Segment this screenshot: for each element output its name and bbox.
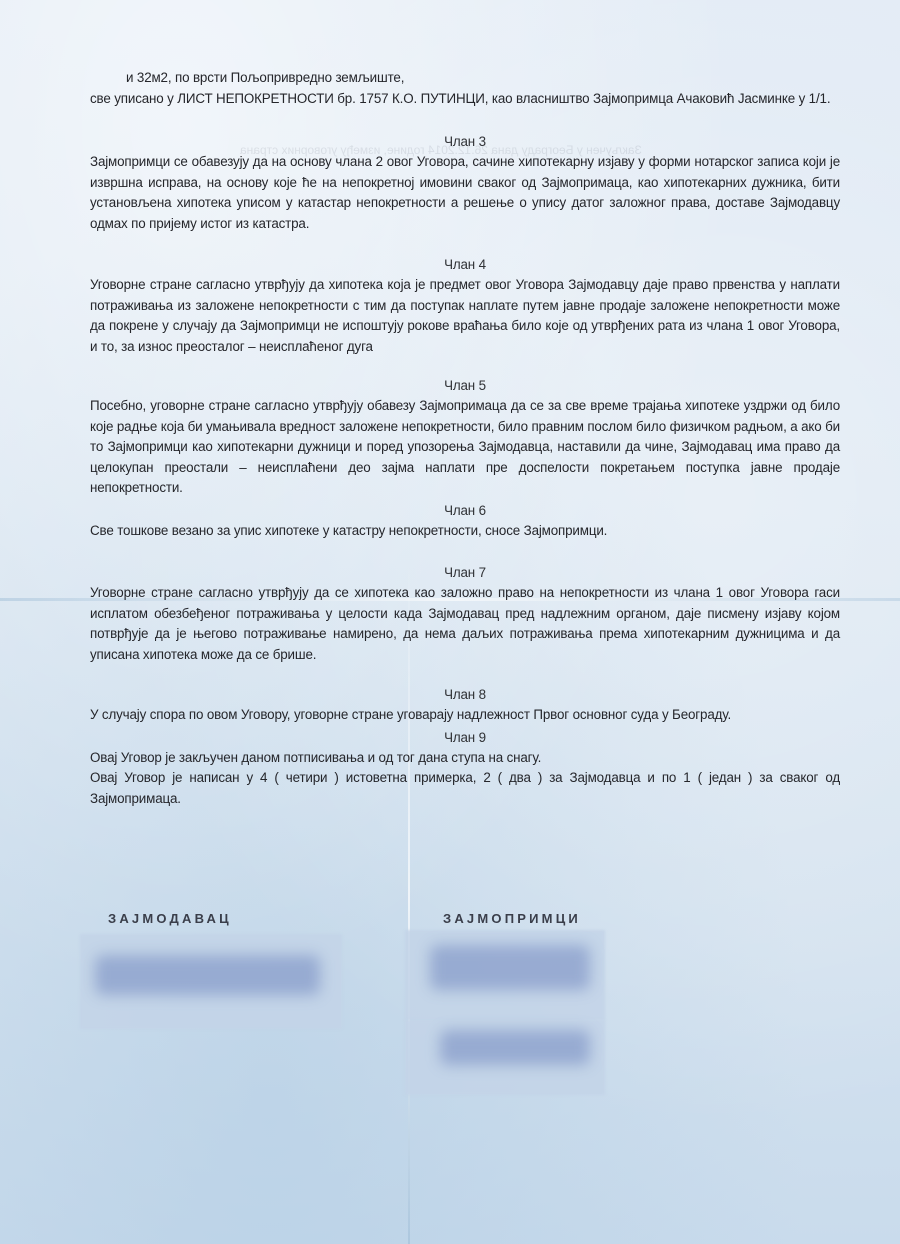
article-heading: Члан 5 [90, 376, 840, 396]
article-heading: Члан 4 [90, 255, 840, 275]
article-8: Члан 8 У случају спора по овом Уговору, … [90, 685, 840, 726]
article-heading: Члан 6 [90, 501, 840, 521]
intro-line-2: све уписано у ЛИСТ НЕПОКРЕТНОСТИ бр. 175… [90, 89, 840, 110]
article-paragraph: Посебно, уговорне стране сагласно утврђу… [90, 396, 840, 499]
document-body: и 32м2, по врсти Пољопривредно земљиште,… [90, 68, 840, 809]
article-paragraph: У случају спора по овом Уговору, уговорн… [90, 705, 840, 726]
article-6: Члан 6 Све тошкове везано за упис хипоте… [90, 501, 840, 542]
redacted-ink [440, 1030, 590, 1065]
article-heading: Члан 7 [90, 563, 840, 583]
redacted-ink [95, 955, 320, 995]
article-heading: Члан 9 [90, 728, 840, 748]
lender-signature-label: ЗАЈМОДАВАЦ [108, 911, 232, 926]
article-heading: Члан 3 [90, 132, 840, 152]
article-paragraph: Све тошкове везано за упис хипотеке у ка… [90, 521, 840, 542]
redacted-ink [430, 945, 590, 990]
article-5: Члан 5 Посебно, уговорне стране сагласно… [90, 376, 840, 499]
article-paragraph: Овај Уговор је закључен даном потписивањ… [90, 748, 840, 769]
article-paragraph: Уговорне стране сагласно утврђују да се … [90, 583, 840, 665]
article-paragraph: Овај Уговор је написан у 4 ( четири ) ис… [90, 768, 840, 809]
article-paragraph: Уговорне стране сагласно утврђују да хип… [90, 275, 840, 357]
intro-line-1: и 32м2, по врсти Пољопривредно земљиште, [90, 68, 840, 89]
article-9: Члан 9 Овај Уговор је закључен даном пот… [90, 728, 840, 810]
article-paragraph: Зајмопримци се обавезују да на основу чл… [90, 152, 840, 234]
article-4: Члан 4 Уговорне стране сагласно утврђују… [90, 255, 840, 357]
article-heading: Члан 8 [90, 685, 840, 705]
article-3: Члан 3 Зајмопримци се обавезују да на ос… [90, 132, 840, 234]
borrowers-signature-label: ЗАЈМОПРИМЦИ [443, 911, 581, 926]
article-7: Члан 7 Уговорне стране сагласно утврђују… [90, 563, 840, 665]
